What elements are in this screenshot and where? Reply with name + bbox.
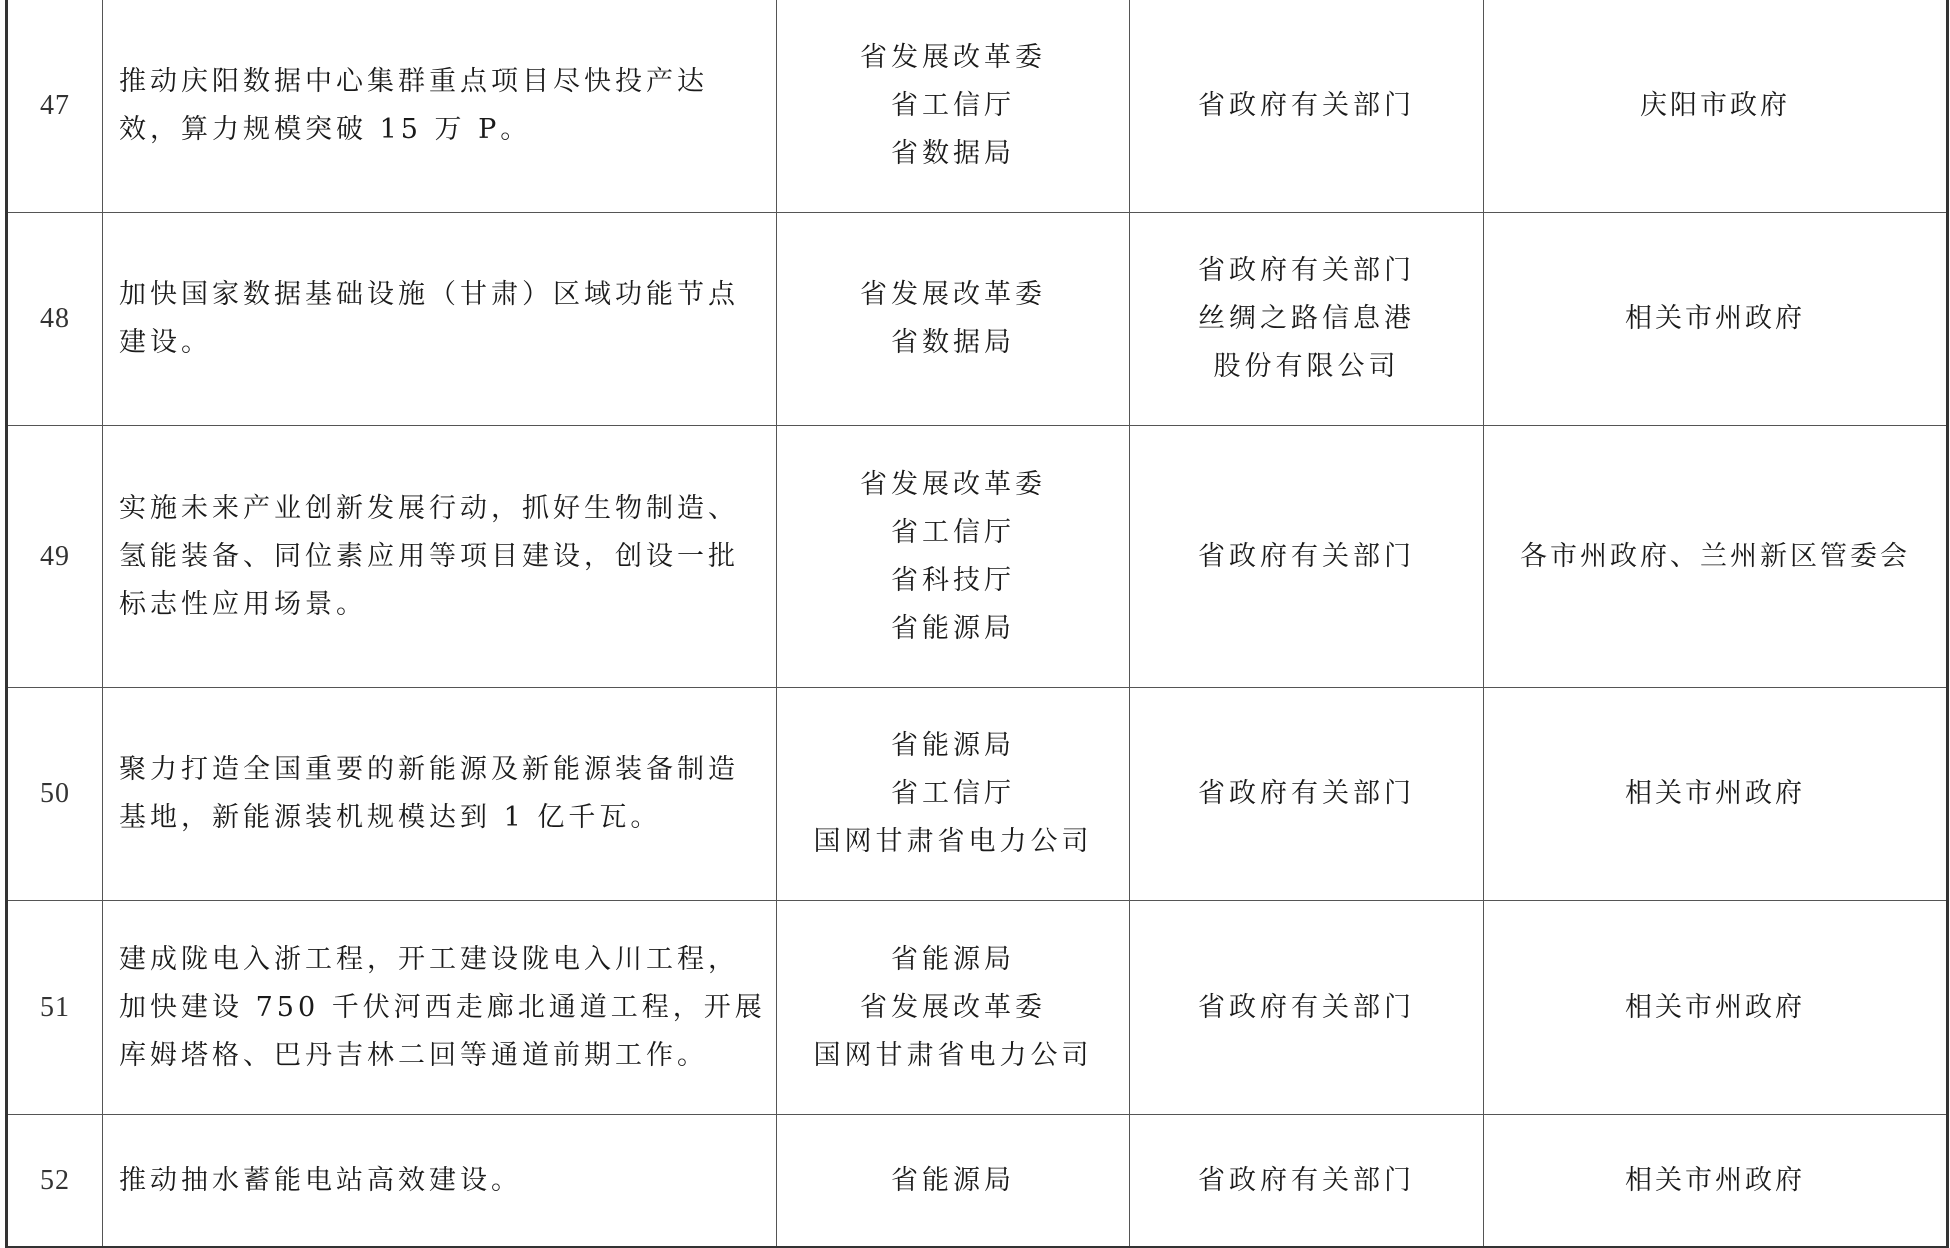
task-description: 加快国家数据基础设施（甘肃）区域功能节点 建设。 [103, 213, 777, 426]
implementing-units: 相关市州政府 [1484, 901, 1948, 1115]
text-line: 各市州政府、兰州新区管委会 [1488, 533, 1942, 581]
text-line: 省政府有关部门 [1134, 247, 1479, 295]
task-description: 建成陇电入浙工程，开工建设陇电入川工程， 加快建设 750 千伏河西走廊北通道工… [103, 901, 777, 1115]
table-row: 50 聚力打造全国重要的新能源及新能源装备制造 基地，新能源装机规模达到 1 亿… [7, 688, 1948, 901]
text-line: 国网甘肃省电力公司 [781, 1032, 1125, 1080]
text-line: 省能源局 [781, 605, 1125, 653]
responsible-units: 省政府有关部门 [1130, 1115, 1484, 1248]
row-number: 48 [7, 213, 103, 426]
text-line: 省发展改革委 [781, 984, 1125, 1032]
implementing-units: 相关市州政府 [1484, 688, 1948, 901]
implementing-units: 相关市州政府 [1484, 213, 1948, 426]
responsible-units: 省政府有关部门 [1130, 901, 1484, 1115]
task-description: 推动庆阳数据中心集群重点项目尽快投产达 效，算力规模突破 15 万 P。 [103, 0, 777, 213]
row-number: 50 [7, 688, 103, 901]
implementing-units: 庆阳市政府 [1484, 0, 1948, 213]
text-line: 省工信厅 [781, 509, 1125, 557]
lead-units: 省发展改革委 省工信厅 省数据局 [777, 0, 1130, 213]
responsible-units: 省政府有关部门 [1130, 688, 1484, 901]
text-line: 建成陇电入浙工程，开工建设陇电入川工程， [119, 936, 762, 984]
row-number: 49 [7, 426, 103, 688]
text-line: 国网甘肃省电力公司 [781, 818, 1125, 866]
text-line: 股份有限公司 [1134, 343, 1479, 391]
text-line: 效，算力规模突破 15 万 P。 [119, 106, 762, 154]
text-line: 省政府有关部门 [1134, 82, 1479, 130]
text-line: 省政府有关部门 [1134, 770, 1479, 818]
table-row: 51 建成陇电入浙工程，开工建设陇电入川工程， 加快建设 750 千伏河西走廊北… [7, 901, 1948, 1115]
lead-units: 省能源局 省发展改革委 国网甘肃省电力公司 [777, 901, 1130, 1115]
text-line: 省能源局 [781, 936, 1125, 984]
text-line: 建设。 [119, 319, 762, 367]
table-row: 49 实施未来产业创新发展行动，抓好生物制造、 氢能装备、同位素应用等项目建设，… [7, 426, 1948, 688]
text-line: 省发展改革委 [781, 271, 1125, 319]
task-assignment-table: 47 推动庆阳数据中心集群重点项目尽快投产达 效，算力规模突破 15 万 P。 … [5, 0, 1949, 1248]
lead-units: 省发展改革委 省数据局 [777, 213, 1130, 426]
text-line: 库姆塔格、巴丹吉林二回等通道前期工作。 [119, 1032, 762, 1080]
text-line: 省科技厅 [781, 557, 1125, 605]
text-line: 庆阳市政府 [1488, 82, 1942, 130]
text-line: 省数据局 [781, 130, 1125, 178]
text-line: 省政府有关部门 [1134, 984, 1479, 1032]
text-line: 氢能装备、同位素应用等项目建设，创设一批 [119, 533, 762, 581]
task-description: 推动抽水蓄能电站高效建设。 [103, 1115, 777, 1248]
responsible-units: 省政府有关部门 [1130, 426, 1484, 688]
text-line: 省工信厅 [781, 770, 1125, 818]
text-line: 省发展改革委 [781, 34, 1125, 82]
task-table-container: 47 推动庆阳数据中心集群重点项目尽快投产达 效，算力规模突破 15 万 P。 … [5, 0, 1946, 1248]
implementing-units: 相关市州政府 [1484, 1115, 1948, 1248]
implementing-units: 各市州政府、兰州新区管委会 [1484, 426, 1948, 688]
text-line: 相关市州政府 [1488, 1157, 1942, 1205]
text-line: 相关市州政府 [1488, 770, 1942, 818]
row-number: 51 [7, 901, 103, 1115]
responsible-units: 省政府有关部门 丝绸之路信息港 股份有限公司 [1130, 213, 1484, 426]
lead-units: 省能源局 省工信厅 国网甘肃省电力公司 [777, 688, 1130, 901]
task-description: 实施未来产业创新发展行动，抓好生物制造、 氢能装备、同位素应用等项目建设，创设一… [103, 426, 777, 688]
text-line: 推动庆阳数据中心集群重点项目尽快投产达 [119, 58, 762, 106]
text-line: 省发展改革委 [781, 461, 1125, 509]
text-line: 基地，新能源装机规模达到 1 亿千瓦。 [119, 794, 762, 842]
text-line: 丝绸之路信息港 [1134, 295, 1479, 343]
text-line: 省政府有关部门 [1134, 1157, 1479, 1205]
text-line: 省能源局 [781, 1157, 1125, 1205]
table-row: 48 加快国家数据基础设施（甘肃）区域功能节点 建设。 省发展改革委 省数据局 … [7, 213, 1948, 426]
text-line: 加快国家数据基础设施（甘肃）区域功能节点 [119, 271, 762, 319]
text-line: 省能源局 [781, 722, 1125, 770]
row-number: 47 [7, 0, 103, 213]
text-line: 相关市州政府 [1488, 984, 1942, 1032]
lead-units: 省发展改革委 省工信厅 省科技厅 省能源局 [777, 426, 1130, 688]
table-row: 52 推动抽水蓄能电站高效建设。 省能源局 省政府有关部门 相关市州政府 [7, 1115, 1948, 1248]
text-line: 推动抽水蓄能电站高效建设。 [119, 1157, 762, 1205]
task-description: 聚力打造全国重要的新能源及新能源装备制造 基地，新能源装机规模达到 1 亿千瓦。 [103, 688, 777, 901]
row-number: 52 [7, 1115, 103, 1248]
text-line: 省数据局 [781, 319, 1125, 367]
text-line: 省政府有关部门 [1134, 533, 1479, 581]
text-line: 加快建设 750 千伏河西走廊北通道工程，开展 [119, 984, 762, 1032]
responsible-units: 省政府有关部门 [1130, 0, 1484, 213]
text-line: 聚力打造全国重要的新能源及新能源装备制造 [119, 746, 762, 794]
text-line: 省工信厅 [781, 82, 1125, 130]
text-line: 标志性应用场景。 [119, 581, 762, 629]
table-row: 47 推动庆阳数据中心集群重点项目尽快投产达 效，算力规模突破 15 万 P。 … [7, 0, 1948, 213]
lead-units: 省能源局 [777, 1115, 1130, 1248]
text-line: 实施未来产业创新发展行动，抓好生物制造、 [119, 485, 762, 533]
text-line: 相关市州政府 [1488, 295, 1942, 343]
